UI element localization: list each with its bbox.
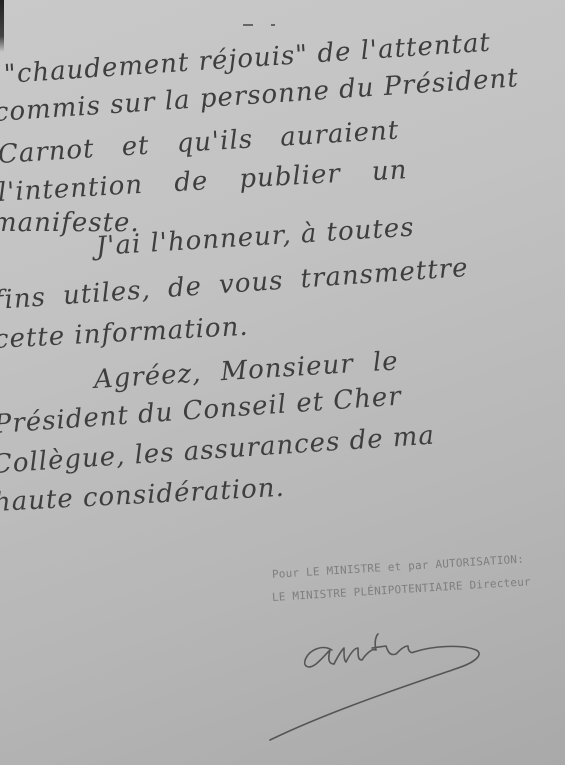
letter-line-12: haute considération. bbox=[0, 473, 285, 518]
right-margin bbox=[565, 0, 582, 765]
ministry-stamp-line-1: Pour LE MINISTRE et par AUTORISATION: bbox=[272, 553, 525, 581]
letter-line-7: fins utiles, de vous transmettre bbox=[0, 253, 469, 316]
letter-line-6: J'ai l'honneur, à toutes bbox=[95, 213, 415, 262]
binding-edge-mark bbox=[0, 0, 4, 52]
letter-photo: "chaudement réjouis" de l'attentat commi… bbox=[0, 0, 565, 765]
letter-line-8: cette information. bbox=[0, 312, 249, 355]
page-marker-dash bbox=[243, 24, 283, 26]
ministry-stamp-line-2: LE MINISTRE PLÉNIPOTENTIAIRE Directeur bbox=[272, 575, 532, 604]
handwritten-signature-icon bbox=[262, 628, 522, 753]
